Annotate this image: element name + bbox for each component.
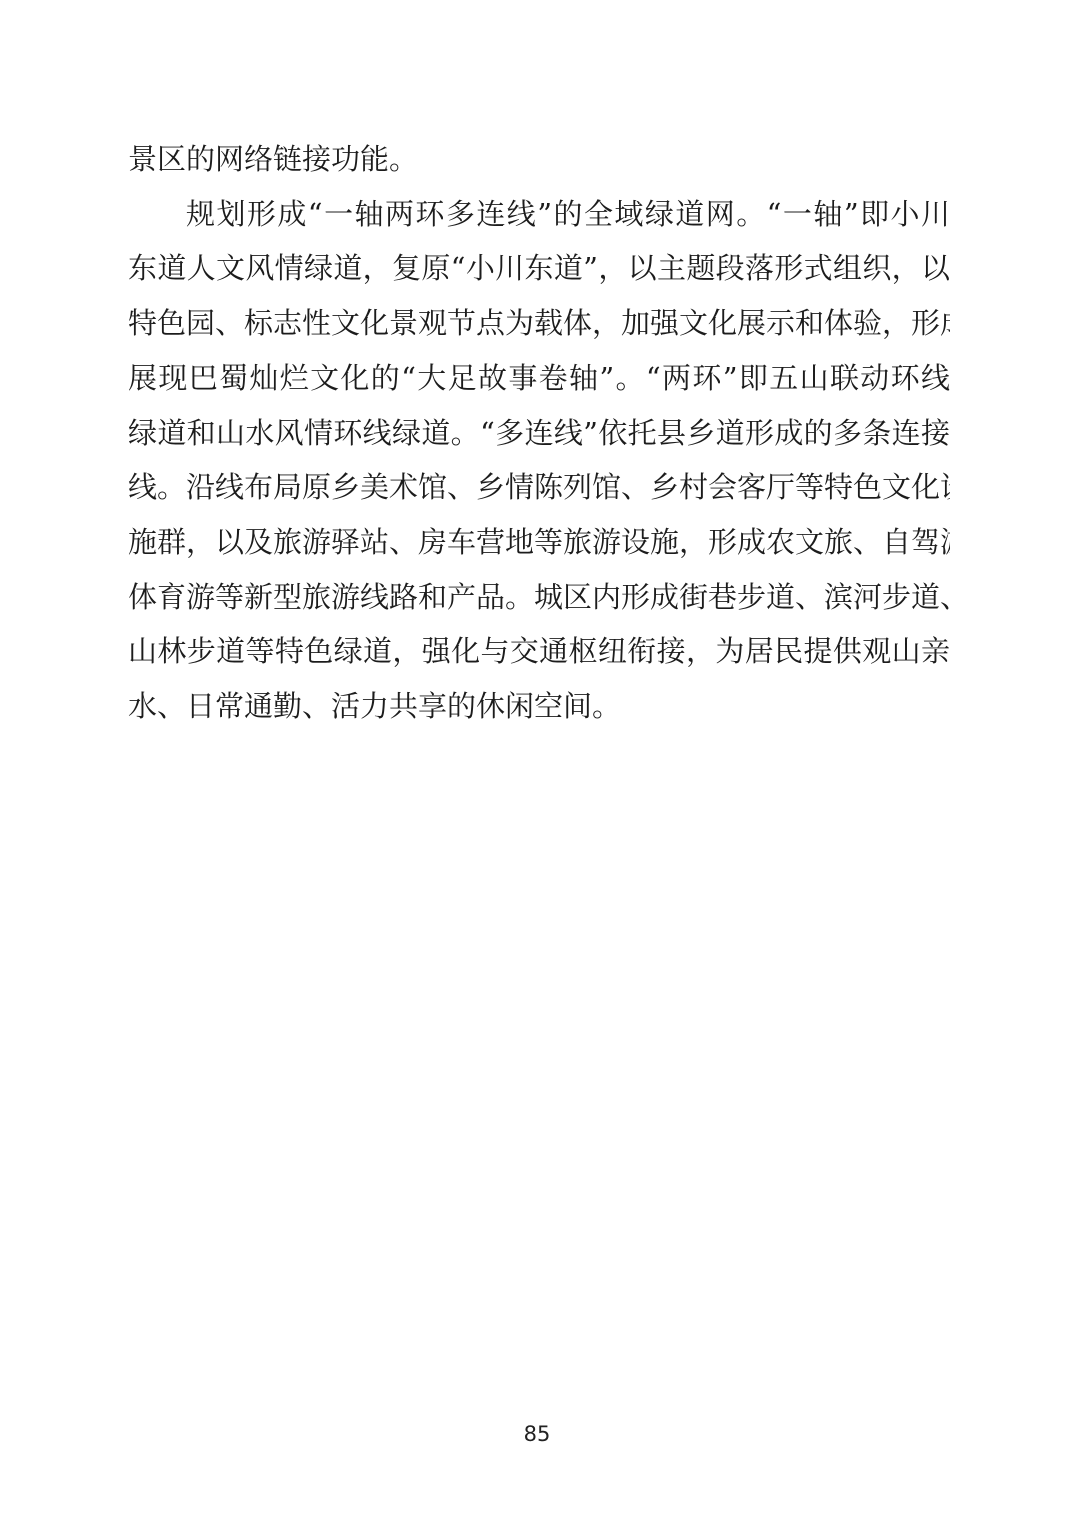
paragraph: 规划形成“一轴两环多连线”的全域绿道网。“一轴”即小川东道人文风情绿道，复原“小… <box>128 187 950 734</box>
text-line: 线。沿线布局原乡美术馆、乡情陈列馆、乡村会客厅等特色文化设 <box>128 460 950 515</box>
page-number: 85 <box>0 1421 1074 1447</box>
body-text: 景区的网络链接功能。规划形成“一轴两环多连线”的全域绿道网。“一轴”即小川东道人… <box>128 132 950 734</box>
text-line: 特色园、标志性文化景观节点为载体，加强文化展示和体验，形成 <box>128 296 950 351</box>
text-line: 规划形成“一轴两环多连线”的全域绿道网。“一轴”即小川 <box>128 187 950 242</box>
text-line: 施群，以及旅游驿站、房车营地等旅游设施，形成农文旅、自驾游、 <box>128 515 950 570</box>
text-line: 水、日常通勤、活力共享的休闲空间。 <box>128 679 950 734</box>
text-line: 展现巴蜀灿烂文化的“大足故事卷轴”。“两环”即五山联动环线 <box>128 351 950 406</box>
document-page: 景区的网络链接功能。规划形成“一轴两环多连线”的全域绿道网。“一轴”即小川东道人… <box>0 0 1074 1520</box>
text-line: 景区的网络链接功能。 <box>128 132 950 187</box>
text-line: 体育游等新型旅游线路和产品。城区内形成街巷步道、滨河步道、 <box>128 570 950 625</box>
text-line: 东道人文风情绿道，复原“小川东道”，以主题段落形式组织，以 <box>128 241 950 296</box>
text-line: 山林步道等特色绿道，强化与交通枢纽衔接，为居民提供观山亲 <box>128 624 950 679</box>
paragraph: 景区的网络链接功能。 <box>128 132 950 187</box>
text-line: 绿道和山水风情环线绿道。“多连线”依托县乡道形成的多条连接 <box>128 406 950 461</box>
